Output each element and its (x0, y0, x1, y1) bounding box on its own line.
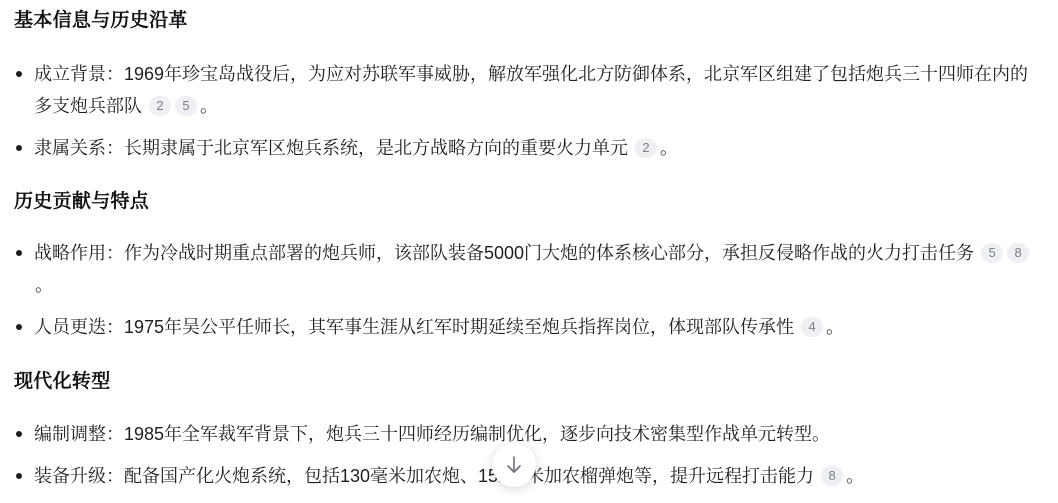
list-item: 隶属关系：长期隶属于北京军区炮兵系统，是北方战略方向的重要火力单元 2。 (14, 132, 1034, 164)
citation-badge[interactable]: 5 (981, 243, 1003, 263)
list-item-text: 编制调整：1985年全军裁军背景下，炮兵三十四师经历编制优化，逐步向技术密集型作… (34, 424, 830, 444)
list-item-text: 人员更迭：1975年吴公平任师长，其军事生涯从红军时期延续至炮兵指挥岗位，体现部… (34, 317, 794, 337)
list-item: 成立背景：1969年珍宝岛战役后，为应对苏联军事威胁，解放军强化北方防御体系，北… (14, 58, 1034, 122)
list-item-text: 装备升级：配备国产化火炮系统，包括130毫米加农炮、152毫米加农榴弹炮等，提升… (34, 466, 814, 486)
scroll-to-bottom-button[interactable] (492, 443, 536, 487)
arrow-down-icon (505, 455, 523, 475)
bullet-dot (16, 250, 22, 256)
bullet-dot (16, 473, 22, 479)
citation-badge[interactable]: 2 (149, 96, 171, 116)
bullet-list-contributions: 战略作用：作为冷战时期重点部署的炮兵师，该部队装备5000门大炮的体系核心部分，… (14, 237, 1034, 353)
bullet-list-basic-info: 成立背景：1969年珍宝岛战役后，为应对苏联军事威胁，解放军强化北方防御体系，北… (14, 58, 1034, 174)
list-item: 战略作用：作为冷战时期重点部署的炮兵师，该部队装备5000门大炮的体系核心部分，… (14, 237, 1034, 301)
list-item-end: 。 (846, 466, 864, 486)
citation-badge[interactable]: 2 (635, 138, 657, 158)
bullet-dot (16, 431, 22, 437)
list-item-end: 。 (35, 275, 53, 295)
section-title-contributions: 历史贡献与特点 (14, 190, 149, 214)
bullet-dot (16, 71, 22, 77)
list-item-end: 。 (826, 317, 844, 337)
section-title-basic-info: 基本信息与历史沿革 (14, 9, 188, 33)
list-item-end: 。 (660, 138, 678, 158)
citation-badge[interactable]: 5 (175, 96, 197, 116)
list-item-text: 隶属关系：长期隶属于北京军区炮兵系统，是北方战略方向的重要火力单元 (34, 138, 628, 158)
bullet-dot (16, 324, 22, 330)
citation-badge[interactable]: 4 (801, 317, 823, 337)
list-item-text: 战略作用：作为冷战时期重点部署的炮兵师，该部队装备5000门大炮的体系核心部分，… (34, 243, 974, 263)
list-item-end: 。 (200, 96, 218, 116)
section-title-modernization: 现代化转型 (14, 370, 111, 394)
bullet-dot (16, 145, 22, 151)
citation-badge[interactable]: 8 (821, 466, 843, 486)
list-item: 人员更迭：1975年吴公平任师长，其军事生涯从红军时期延续至炮兵指挥岗位，体现部… (14, 311, 1034, 343)
citation-badge[interactable]: 8 (1007, 243, 1029, 263)
